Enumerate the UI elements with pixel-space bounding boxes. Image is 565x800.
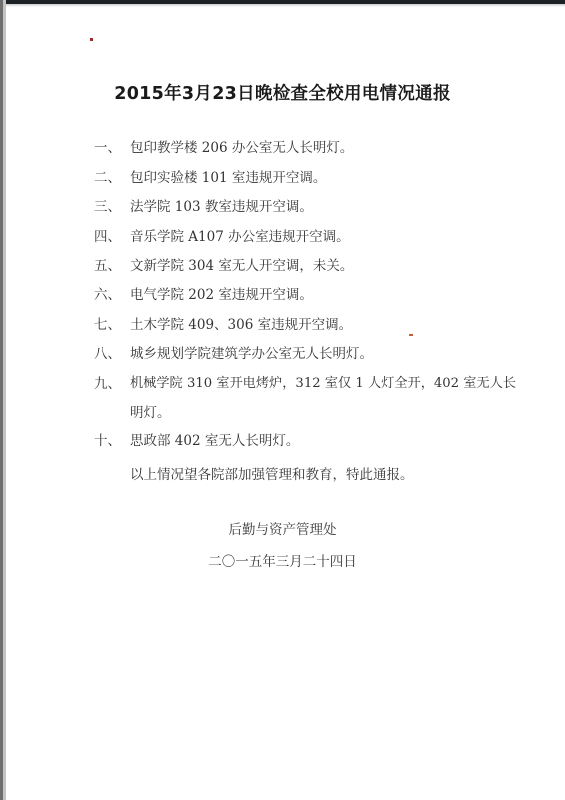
item-text: 法学院 103 教室违规开空调。 bbox=[130, 199, 313, 215]
item-text: 文新学院 304 室无人开空调，未关。 bbox=[130, 258, 353, 274]
item-text: 机械学院 310 室开电烤炉，312 室仅 1 人灯全开，402 室无人长 bbox=[130, 376, 516, 392]
item-number: 一、 bbox=[94, 140, 121, 156]
item-text: 包印实验楼 101 室违规开空调。 bbox=[130, 170, 326, 186]
item-text: 电气学院 202 室违规开空调。 bbox=[130, 287, 313, 303]
item-text: 包印教学楼 206 办公室无人长明灯。 bbox=[130, 140, 353, 156]
item-text-continued: 明灯。 bbox=[130, 405, 171, 421]
item-number: 三、 bbox=[94, 199, 121, 215]
issuer-signature: 后勤与资产管理处 bbox=[0, 518, 565, 538]
item-text: 城乡规划学院建筑学办公室无人长明灯。 bbox=[130, 346, 373, 362]
item-number: 八、 bbox=[94, 346, 121, 362]
item-text: 土木学院 409、306 室违规开空调。 bbox=[130, 317, 352, 333]
item-number: 九、 bbox=[94, 376, 121, 392]
item-text: 音乐学院 A107 办公室违规开空调。 bbox=[130, 229, 350, 245]
item-number: 四、 bbox=[94, 229, 121, 245]
item-number: 六、 bbox=[94, 287, 121, 303]
item-number: 五、 bbox=[94, 258, 121, 274]
closing-statement: 以上情况望各院部加强管理和教育，特此通报。 bbox=[130, 463, 414, 483]
document-page: 2015年3月23日晚检查全校用电情况通报 一、 包印教学楼 206 办公室无人… bbox=[0, 0, 565, 800]
issue-date: 二〇一五年三月二十四日 bbox=[0, 550, 565, 570]
item-text: 思政部 402 室无人长明灯。 bbox=[130, 433, 299, 449]
item-number: 二、 bbox=[94, 170, 121, 186]
item-number: 七、 bbox=[94, 317, 121, 333]
document-title: 2015年3月23日晚检查全校用电情况通报 bbox=[0, 80, 565, 105]
item-number: 十、 bbox=[94, 433, 121, 449]
